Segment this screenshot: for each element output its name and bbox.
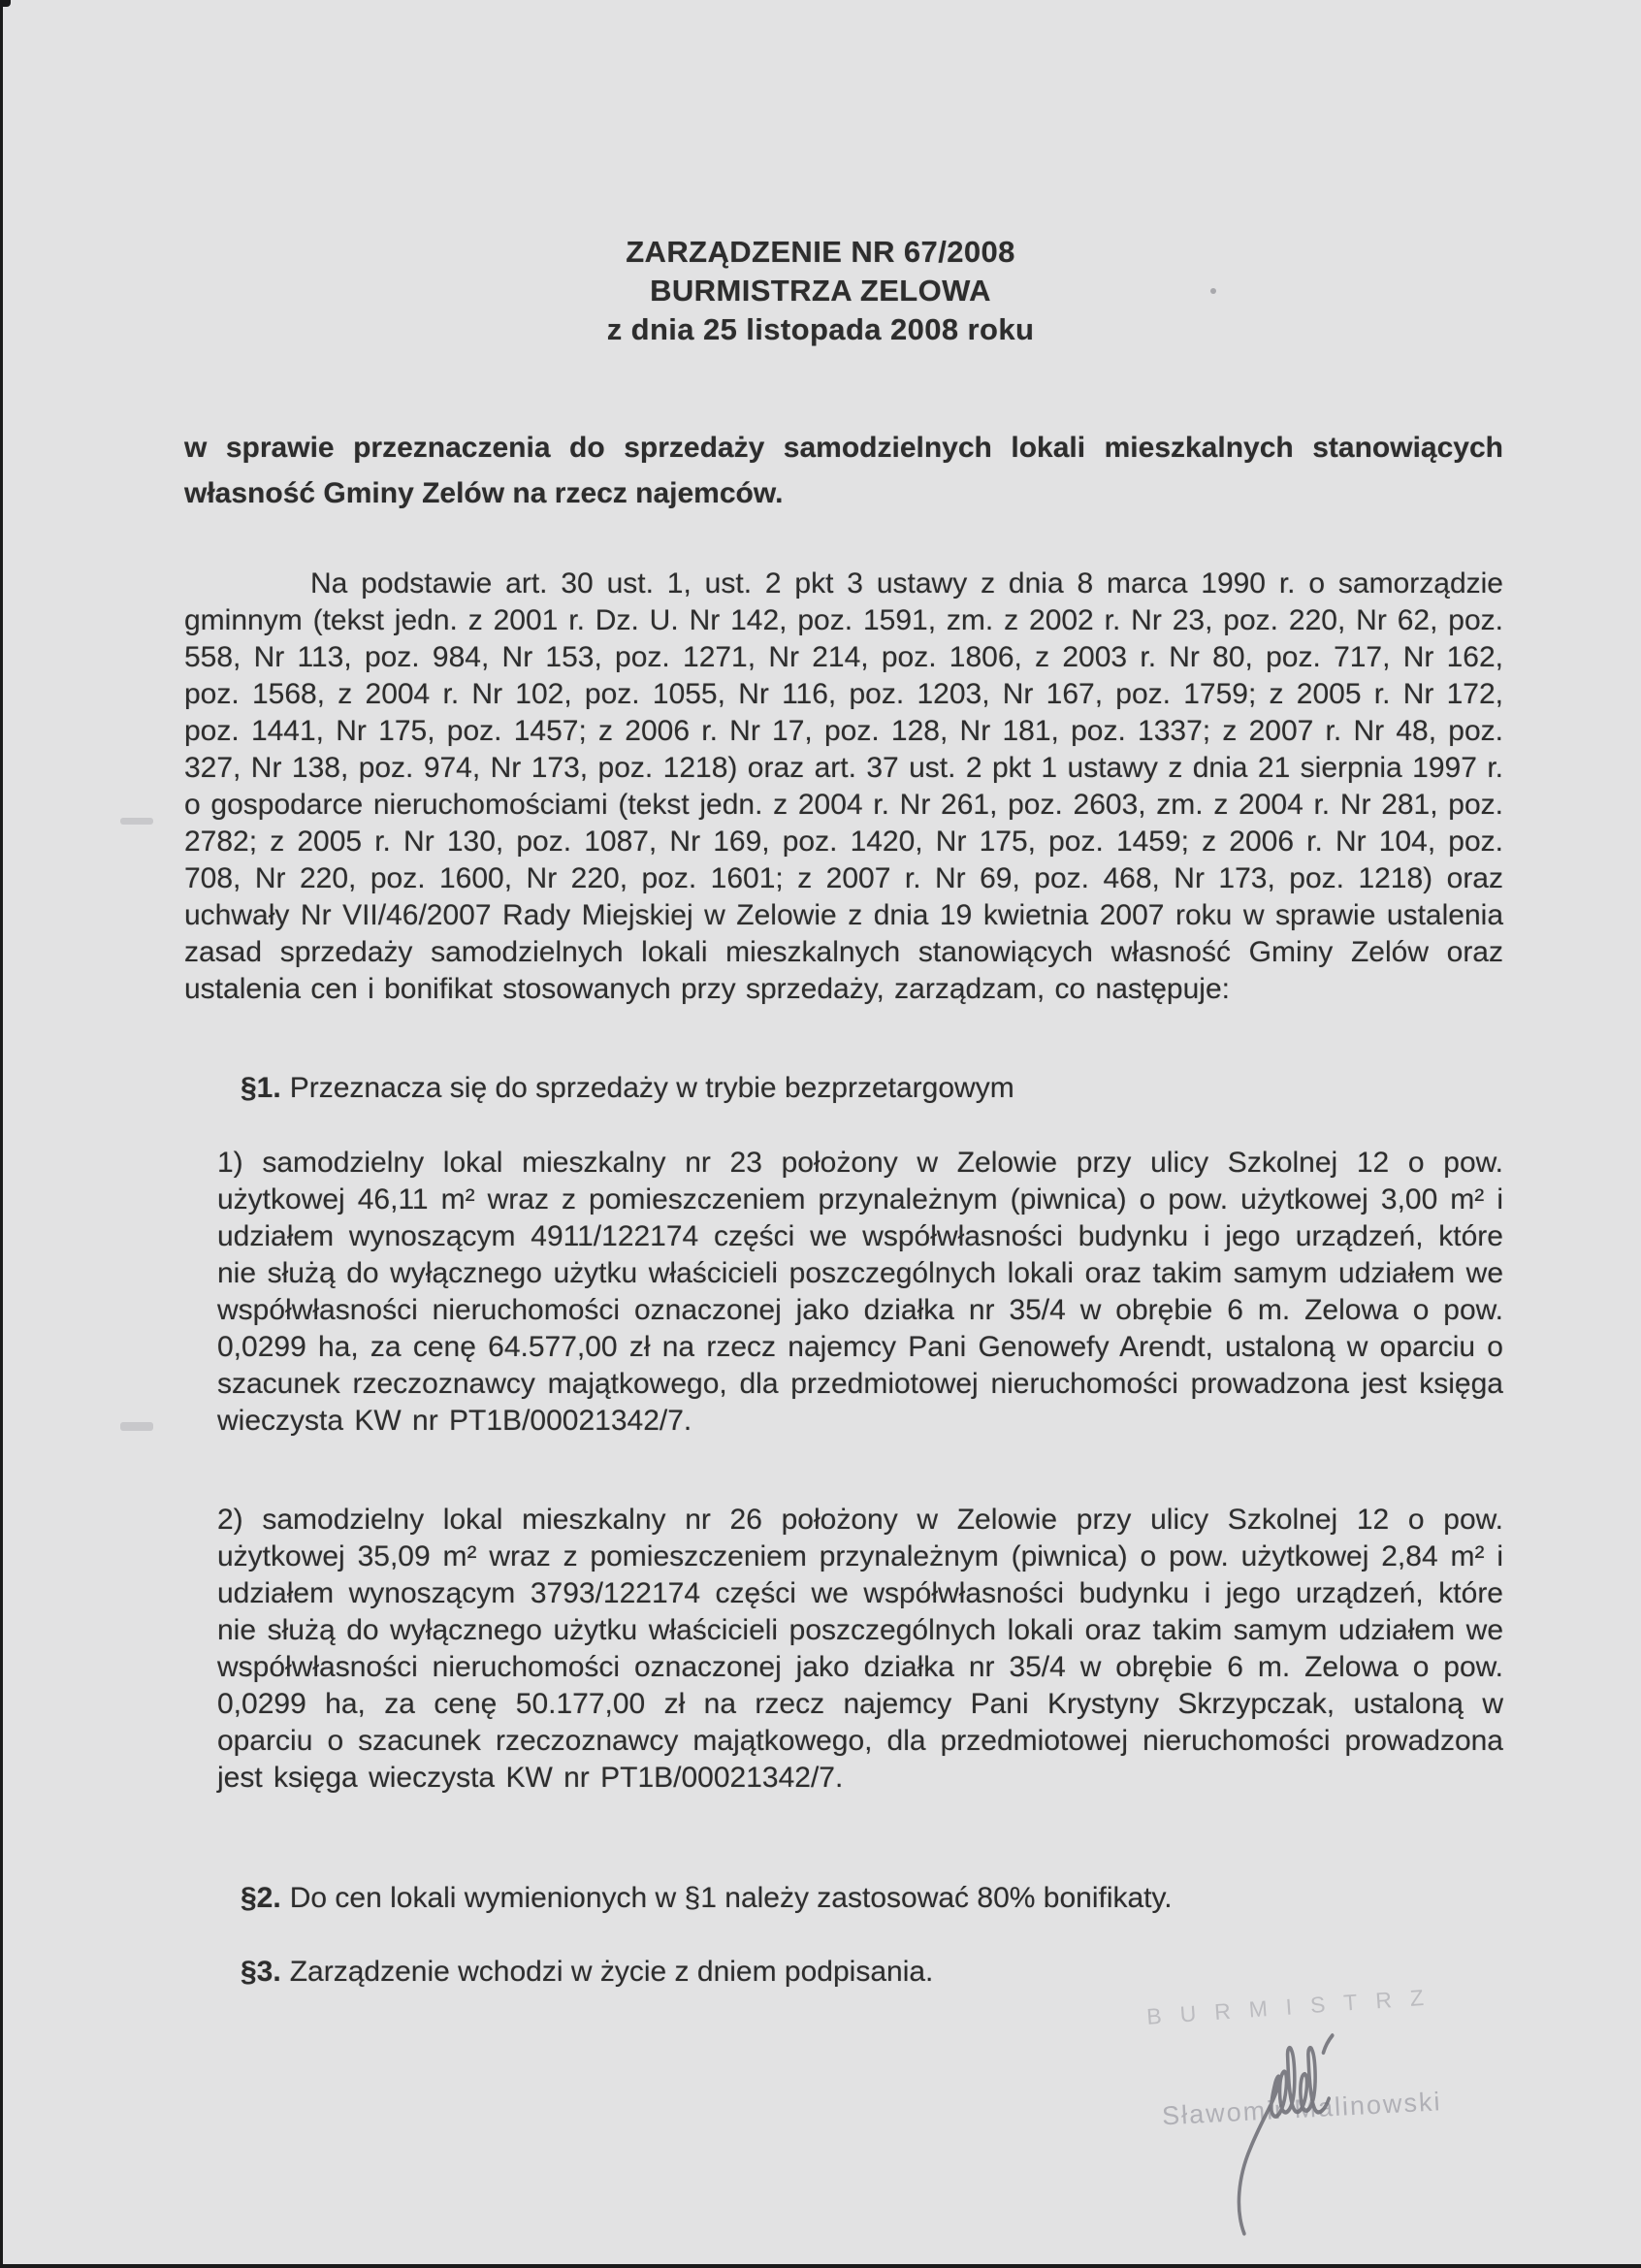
list-item-apartment-23: 1) samodzielny lokal mieszkalny nr 23 po… [217, 1145, 1503, 1440]
section-1-marker: §1. [241, 1072, 281, 1104]
scan-corner-speck [0, 0, 11, 7]
document-title-line-1: ZARZĄDZENIE NR 67/2008 [0, 233, 1641, 272]
document-subject: w sprawie przeznaczenia do sprzedaży sam… [184, 425, 1503, 516]
list-item-apartment-26: 2) samodzielny lokal mieszkalny nr 26 po… [217, 1502, 1503, 1797]
section-3: §3.Zarządzenie wchodzi w życie z dniem p… [184, 1954, 1503, 1991]
section-2: §2.Do cen lokali wymienionych w §1 należ… [184, 1880, 1503, 1917]
section-2-marker: §2. [241, 1882, 281, 1914]
section-3-marker: §3. [241, 1956, 281, 1988]
scan-bottom-edge-artifact [0, 2264, 1641, 2268]
document-title-block: ZARZĄDZENIE NR 67/2008 BURMISTRZA ZELOWA… [0, 233, 1641, 349]
section-1-text: Przeznacza się do sprzedaży w trybie bez… [290, 1072, 1014, 1104]
scan-margin-mark-1 [120, 818, 153, 825]
scanned-document-page: ZARZĄDZENIE NR 67/2008 BURMISTRZA ZELOWA… [0, 0, 1641, 2268]
scan-margin-mark-2 [120, 1422, 153, 1431]
section-1: §1.Przeznacza się do sprzedaży w trybie … [184, 1070, 1503, 1107]
legal-preamble-paragraph: Na podstawie art. 30 ust. 1, ust. 2 pkt … [184, 566, 1503, 1008]
section-2-text: Do cen lokali wymienionych w §1 należy z… [290, 1882, 1173, 1914]
section-3-text: Zarządzenie wchodzi w życie z dniem podp… [290, 1956, 934, 1988]
document-title-line-3: z dnia 25 listopada 2008 roku [0, 310, 1641, 349]
document-title-line-2: BURMISTRZA ZELOWA [0, 272, 1641, 310]
handwritten-signature [1220, 2024, 1358, 2237]
